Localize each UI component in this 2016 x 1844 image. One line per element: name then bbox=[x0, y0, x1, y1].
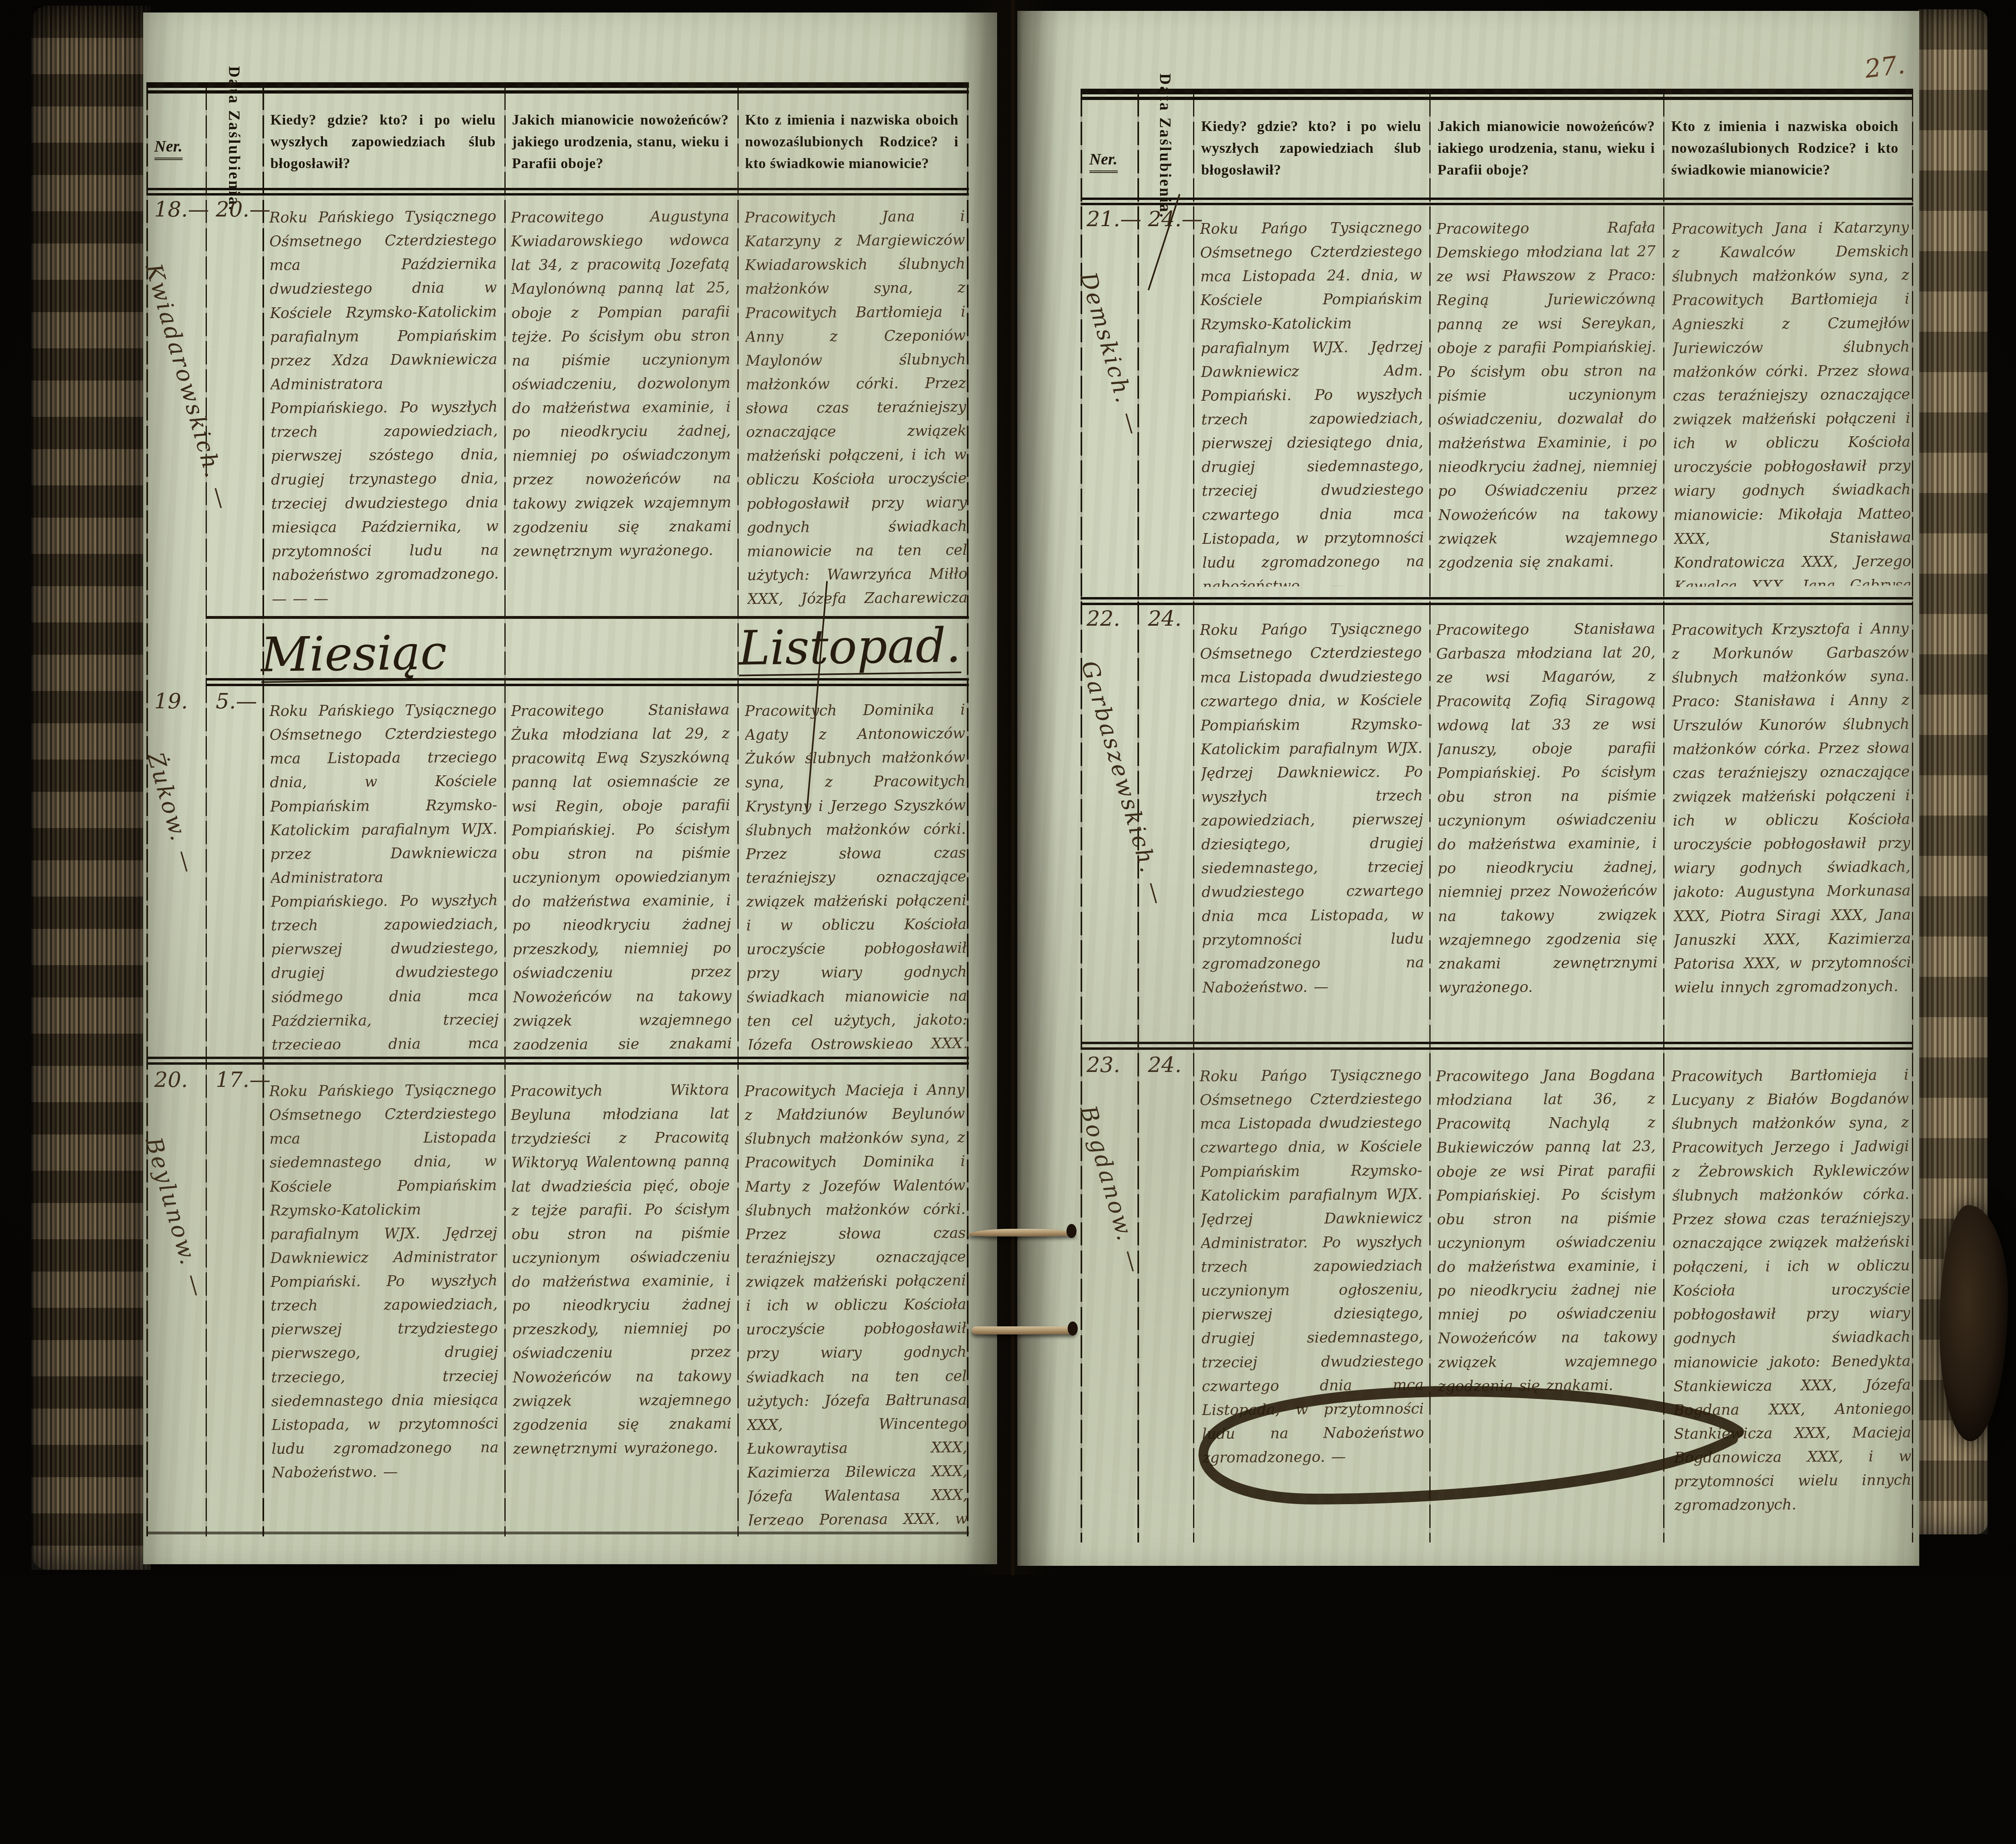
table-rule bbox=[1429, 94, 1431, 1542]
table-rule bbox=[1193, 94, 1194, 1542]
column-header-ner: Ner. bbox=[154, 137, 183, 160]
column-header-parents-witnesses: Kto z imienia i nazwiska oboich nowozaśl… bbox=[1671, 115, 1899, 181]
table-rule bbox=[146, 188, 968, 196]
entry-number: 23. bbox=[1087, 1053, 1120, 1077]
book-spine-page-edges bbox=[31, 6, 150, 1570]
table-rule bbox=[1081, 94, 1082, 1542]
table-rule bbox=[146, 1057, 968, 1064]
binding-twine-knot bbox=[1068, 1322, 1078, 1336]
table-rule bbox=[1081, 597, 1913, 605]
binding-twine-knot bbox=[1066, 1224, 1077, 1238]
book-fold-line bbox=[1011, 0, 1014, 1575]
entry-when-text: Roku Pańskiego Tysiącznego Ośmsetnego Cz… bbox=[269, 1078, 499, 1526]
entry-date: 5.— bbox=[216, 689, 257, 714]
table-rule bbox=[967, 87, 968, 1536]
table-rule bbox=[1081, 1042, 1913, 1049]
entry-newlyweds-text: Pracowitego Rafała Demskiego młodziana l… bbox=[1436, 216, 1658, 587]
column-header-date: Data Zaślubienia. bbox=[1137, 96, 1193, 196]
entry-date: 24.— bbox=[1148, 207, 1203, 231]
page-number: 27. bbox=[1863, 50, 1907, 84]
register-book-scan: Ner. Data Zaślubienia. Kiedy? gdzie? kto… bbox=[0, 0, 2016, 1575]
entry-parents-witnesses-text: Pracowitych Macieja i Anny z Małdziunów … bbox=[744, 1078, 968, 1526]
entry-parents-witnesses-text: Pracowitych Jana i Katarzyny z Margiewic… bbox=[744, 204, 967, 612]
table-rule bbox=[206, 616, 969, 619]
entry-newlyweds-text: Pracowitego Augustyna Kwiadarowskiego wd… bbox=[510, 204, 732, 612]
column-header-newlyweds: Jakich mianowicie nowożeńców? iakiego ur… bbox=[1437, 115, 1655, 181]
entry-when-text: Roku Pańgo Tysiącznego Ośmsetnego Czterd… bbox=[1200, 616, 1425, 1028]
table-rule bbox=[737, 87, 739, 1536]
binding-twine-stitch bbox=[968, 1229, 1077, 1237]
entry-margin-surname: Garbaszewskich. — bbox=[1076, 658, 1171, 909]
table-rule bbox=[146, 82, 968, 96]
entry-parents-witnesses-text: Pracowitych Jana i Katarzyny z Kawalców … bbox=[1672, 215, 1912, 587]
entry-newlyweds-text: Pracowitego Stanisława Garbasza młodzian… bbox=[1436, 617, 1658, 1029]
entry-parents-witnesses-text: Pracowitych Dominika i Agaty z Antonowic… bbox=[745, 697, 967, 1050]
table-rule bbox=[262, 87, 264, 1536]
right-page: Ner. Data Zaślubienia. Kiedy? gdzie? kto… bbox=[1017, 11, 1920, 1566]
column-header-newlyweds: Jakich mianowicie nowożeńców? jakiego ur… bbox=[512, 109, 729, 174]
column-header-date: Data Zaślubienia. bbox=[206, 90, 263, 188]
column-header-when: Kiedy? gdzie? kto? i po wielu wyszłych z… bbox=[1201, 115, 1421, 181]
ink-flourish bbox=[1162, 1372, 1757, 1519]
entry-parents-witnesses-text: Pracowitych Krzysztofa i Anny z Morkunów… bbox=[1672, 616, 1912, 1028]
month-section-heading: Miesiąc Listopad. bbox=[260, 618, 961, 680]
entry-margin-surname: Bogdanow. — bbox=[1075, 1103, 1148, 1277]
table-rule bbox=[1081, 89, 1913, 102]
entry-margin-surname: Beylunow. — bbox=[140, 1134, 211, 1301]
entry-margin-surname: Demskich. — bbox=[1075, 269, 1147, 439]
left-page: Ner. Data Zaślubienia. Kiedy? gdzie? kto… bbox=[143, 12, 997, 1564]
table-rule bbox=[146, 87, 148, 1536]
binding-twine-stitch bbox=[972, 1326, 1077, 1334]
entry-date: 24. bbox=[1148, 606, 1182, 631]
entry-number: 19. bbox=[154, 689, 188, 714]
torn-page-corner bbox=[1939, 1205, 2008, 1441]
entry-when-text: Roku Pańskiego Tysiącznego Ośmsetnego Cz… bbox=[269, 204, 499, 612]
entry-date: 24. bbox=[1148, 1053, 1182, 1077]
table-rule bbox=[1663, 94, 1664, 1542]
entry-newlyweds-text: Pracowitego Stanisława Żuka młodziana la… bbox=[511, 698, 732, 1050]
entry-date: 20.— bbox=[216, 197, 271, 222]
table-rule bbox=[206, 87, 207, 1536]
table-rule bbox=[146, 1532, 968, 1534]
entry-number: 22. bbox=[1087, 606, 1120, 631]
table-rule bbox=[504, 87, 506, 1536]
table-rule bbox=[1081, 198, 1913, 205]
entry-number: 18.— bbox=[154, 197, 209, 222]
entry-margin-surname: Żukow. — bbox=[142, 749, 202, 877]
entry-when-text: Roku Pańgo Tysiącznego Ośmsetnego Czterd… bbox=[1200, 215, 1425, 587]
entry-margin-surname: Kwiadarowskich. — bbox=[140, 261, 236, 514]
entry-number: 20. bbox=[154, 1068, 188, 1092]
column-header-ner: Ner. bbox=[1089, 150, 1118, 173]
entry-date: 17.— bbox=[216, 1068, 271, 1092]
entry-newlyweds-text: Pracowitych Wiktora Beyluna młodziana la… bbox=[510, 1078, 732, 1526]
table-rule bbox=[1912, 94, 1913, 1542]
column-header-when: Kiedy? gdzie? kto? i po wielu wyszłych z… bbox=[271, 109, 496, 174]
entry-number: 21.— bbox=[1087, 207, 1141, 231]
column-header-parents-witnesses: Kto z imienia i nazwiska oboich nowozaśl… bbox=[745, 109, 958, 174]
entry-when-text: Roku Pańskiego Tysiącznego Ośmsetnego Cz… bbox=[269, 697, 498, 1050]
